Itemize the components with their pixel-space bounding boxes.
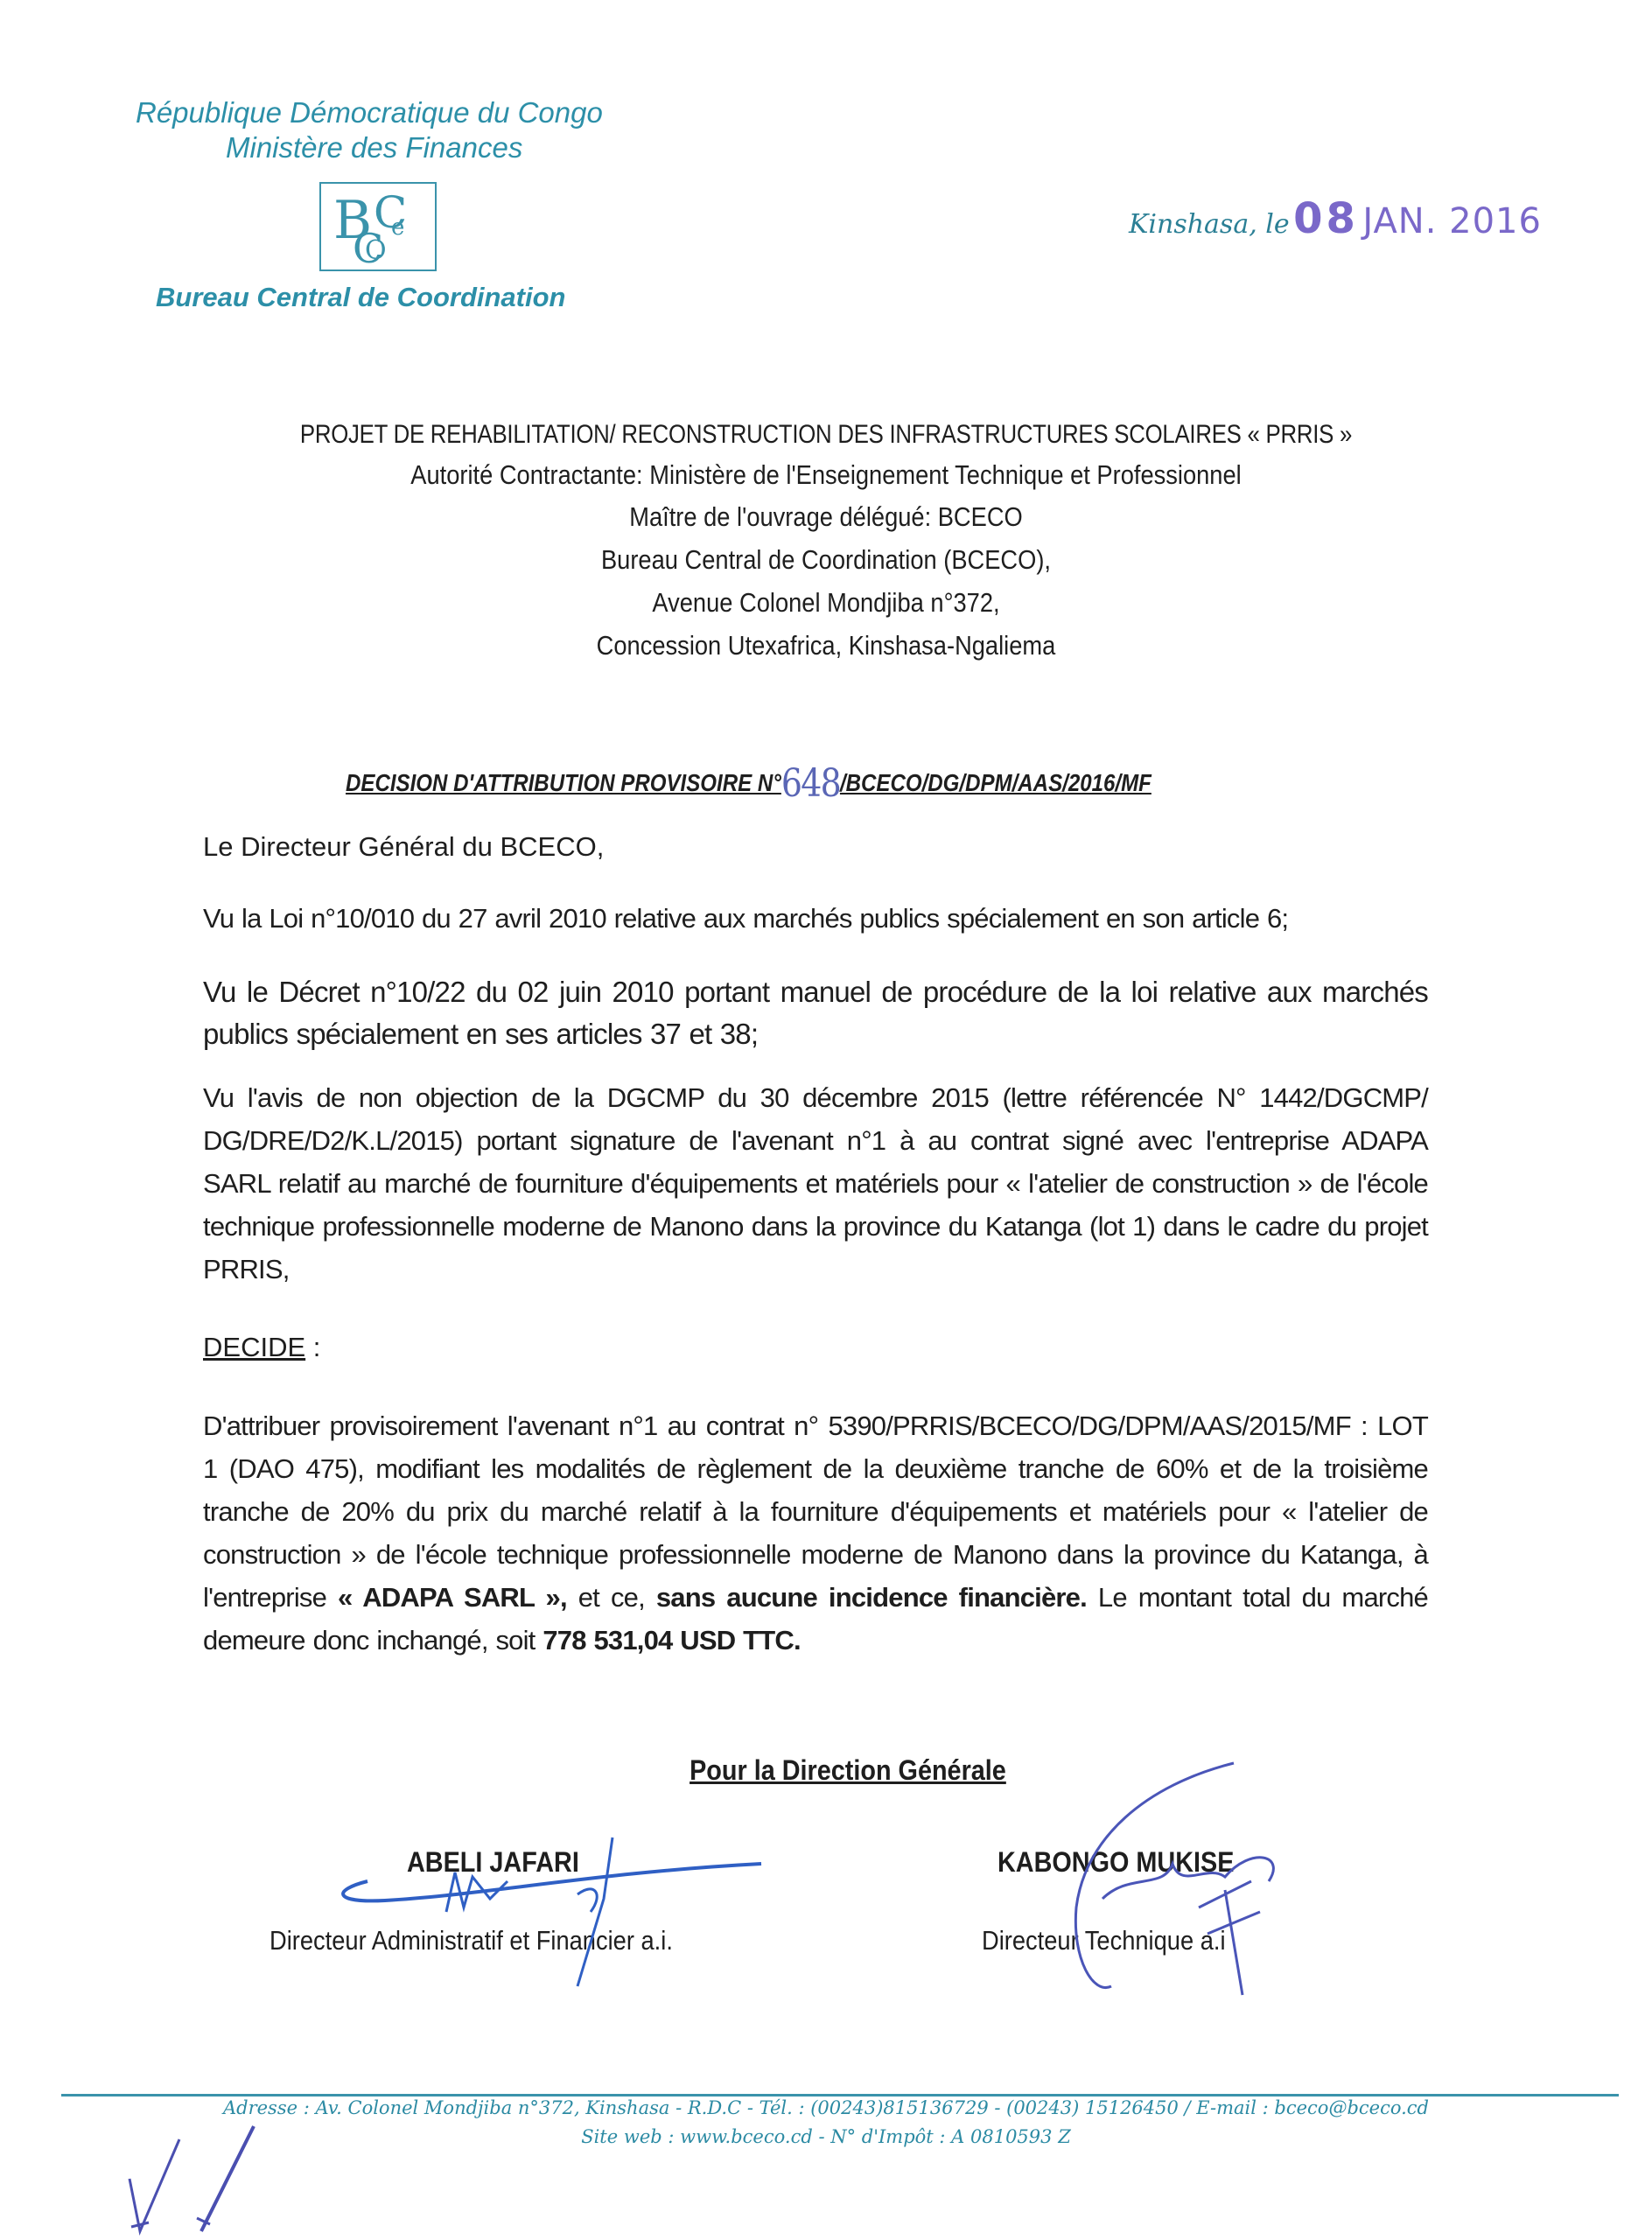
letterhead-ministry: Ministère des Finances — [226, 131, 522, 164]
letterhead-bureau: Bureau Central de Coordination — [156, 282, 565, 313]
signatory-right-role: Directeur Technique a.i — [982, 1925, 1226, 1956]
decision-title-prefix: DECISION D'ATTRIBUTION PROVISOIRE N° — [346, 769, 781, 796]
project-header-line: Autorité Contractante: Ministère de l'En… — [0, 459, 1652, 491]
letterhead-country: République Démocratique du Congo — [136, 96, 603, 129]
project-header-line: Concession Utexafrica, Kinshasa-Ngaliema — [0, 630, 1652, 661]
signature-heading: Pour la Direction Générale — [0, 1754, 1652, 1787]
svg-text:e: e — [391, 214, 404, 241]
decide-heading: DECIDE : — [203, 1332, 320, 1363]
vu-avis-paragraph: Vu l'avis de non objection de la DGCMP d… — [203, 1076, 1428, 1291]
footer-rule — [61, 2094, 1619, 2096]
date-prefix: Kinshasa, le — [1129, 209, 1290, 240]
signature-right-icon — [989, 1759, 1304, 2004]
company-name: « ADAPA SARL », — [338, 1582, 567, 1613]
project-title: PROJET DE REHABILITATION/ RECONSTRUCTION… — [0, 420, 1652, 450]
decision-title: DECISION D'ATTRIBUTION PROVISOIRE N°648/… — [346, 761, 1151, 806]
decision-title-suffix: /BCECO/DG/DPM/AAS/2016/MF — [840, 769, 1151, 796]
footer-address: Adresse : Av. Colonel Mondjiba n°372, Ki… — [0, 2097, 1652, 2118]
bceco-logo: B C e C O — [319, 182, 437, 271]
no-financial-impact: sans aucune incidence financière. — [656, 1582, 1087, 1613]
svg-text:O: O — [365, 235, 387, 266]
project-header-line: Bureau Central de Coordination (BCECO), — [0, 544, 1652, 576]
bceco-logo-icon: B C e C O — [321, 184, 435, 269]
decision-number-handwritten: 648 — [781, 761, 840, 806]
date-stamp-month-year: JAN. 2016 — [1362, 201, 1542, 241]
decision-paragraph: D'attribuer provisoirement l'avenant n°1… — [203, 1404, 1428, 1662]
date-stamp-day: 08 — [1293, 194, 1359, 243]
vu-loi-paragraph: Vu la Loi n°10/010 du 27 avril 2010 rela… — [203, 897, 1428, 940]
vu-decret-paragraph: Vu le Décret n°10/22 du 02 juin 2010 por… — [203, 971, 1428, 1055]
signatory-right-name: KABONGO MUKISE — [997, 1846, 1234, 1879]
signatory-left-name: ABELI JAFARI — [407, 1846, 579, 1879]
project-header-line: Avenue Colonel Mondjiba n°372, — [0, 587, 1652, 619]
footer-web: Site web : www.bceco.cd - N° d'Impôt : A… — [0, 2126, 1652, 2147]
total-amount: 778 531,04 USD TTC. — [542, 1625, 801, 1655]
signatory-left-role: Directeur Administratif et Financier a.i… — [269, 1925, 673, 1956]
opening-line: Le Directeur Général du BCECO, — [203, 831, 604, 863]
document-date: Kinshasa, le 08 JAN. 2016 — [1129, 194, 1542, 243]
project-header-line: Maître de l'ouvrage délégué: BCECO — [0, 501, 1652, 533]
